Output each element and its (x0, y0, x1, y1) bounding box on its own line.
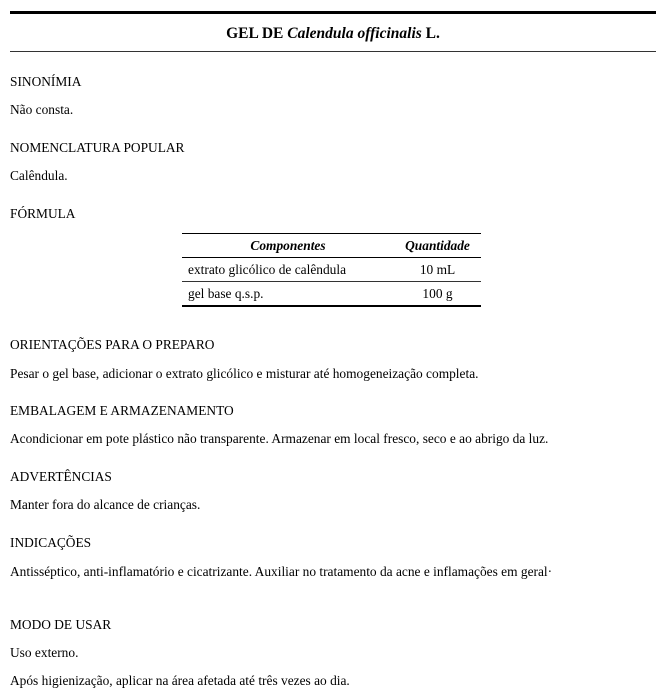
heading-nomenclatura: NOMENCLATURA POPULAR (10, 139, 184, 157)
heading-indicacoes: INDICAÇÕES (10, 534, 91, 552)
cell-componente: gel base q.s.p. (182, 282, 394, 307)
heading-preparo: ORIENTAÇÕES PARA O PREPARO (10, 336, 214, 354)
text-preparo: Pesar o gel base, adicionar o extrato gl… (10, 365, 478, 383)
text-embalagem: Acondicionar em pote plástico não transp… (10, 430, 548, 448)
top-rule (10, 11, 656, 14)
title-suffix: L. (422, 25, 440, 42)
table-row: gel base q.s.p. 100 g (182, 282, 481, 307)
text-indicacoes: Antisséptico, anti-inflamatório e cicatr… (10, 563, 552, 581)
heading-sinonimia: SINONÍMIA (10, 73, 81, 91)
table-row: extrato glicólico de calêndula 10 mL (182, 258, 481, 282)
heading-modo-de-usar: MODO DE USAR (10, 616, 111, 634)
cell-quantidade: 100 g (394, 282, 481, 307)
formula-table-header: Componentes Quantidade (182, 234, 481, 258)
formula-table: Componentes Quantidade extrato glicólico… (182, 233, 481, 307)
text-advertencias: Manter fora do alcance de crianças. (10, 496, 200, 514)
text-modo-de-usar-1: Uso externo. (10, 644, 78, 662)
text-nomenclatura: Calêndula. (10, 167, 68, 185)
text-sinonimia: Não consta. (10, 101, 73, 119)
title-species: Calendula officinalis (287, 25, 422, 42)
heading-advertencias: ADVERTÊNCIAS (10, 468, 112, 486)
cell-componente: extrato glicólico de calêndula (182, 258, 394, 282)
monograph-title: GEL DE Calendula officinalis L. (10, 24, 656, 44)
title-prefix: GEL DE (226, 25, 287, 42)
heading-formula: FÓRMULA (10, 205, 75, 223)
cell-quantidade: 10 mL (394, 258, 481, 282)
header-componentes: Componentes (182, 234, 394, 258)
heading-embalagem: EMBALAGEM E ARMAZENAMENTO (10, 402, 234, 420)
title-rule (10, 51, 656, 52)
header-quantidade: Quantidade (394, 234, 481, 258)
text-modo-de-usar-2: Após higienização, aplicar na área afeta… (10, 672, 350, 690)
